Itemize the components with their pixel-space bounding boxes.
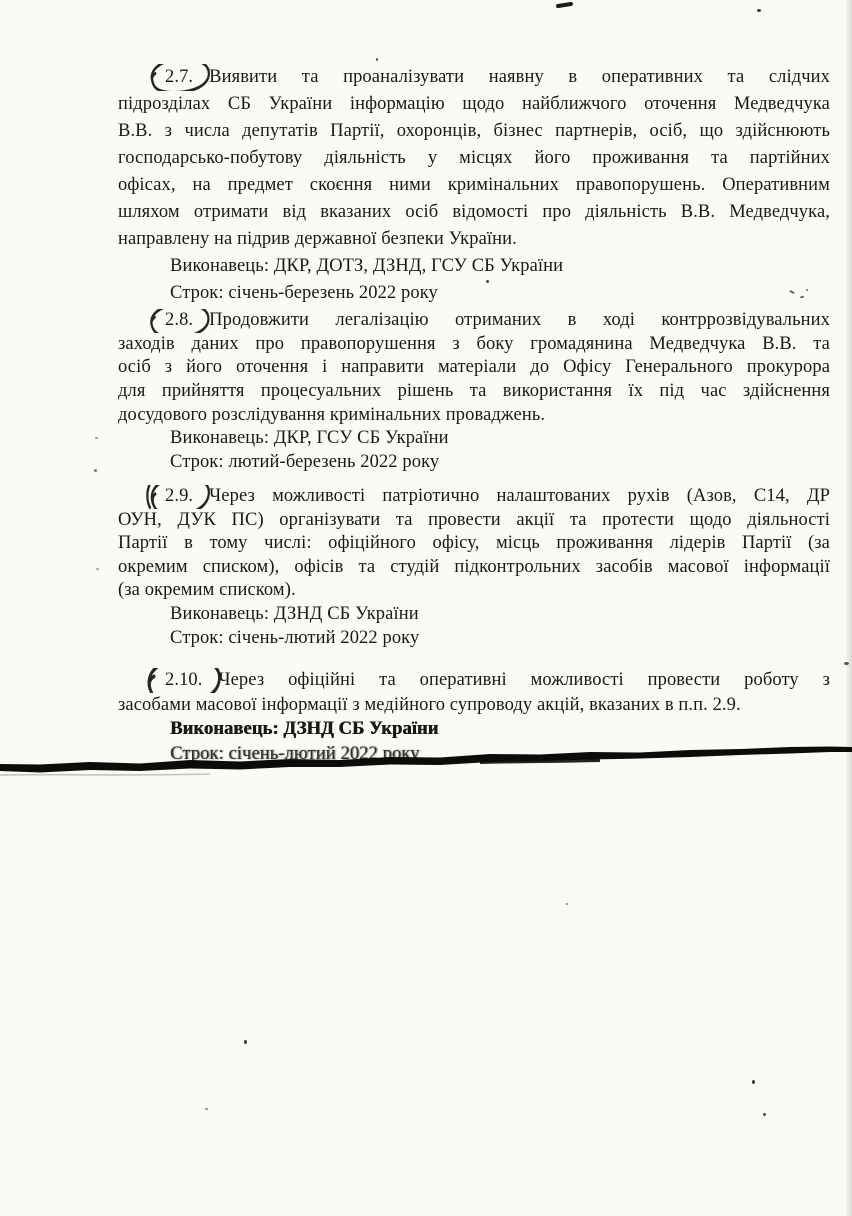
scan-speck xyxy=(556,2,573,9)
section-number: 2.8. xyxy=(165,310,193,330)
body-text: Через можливості патріотично налаштовани… xyxy=(209,486,830,506)
executor-line: Виконавець: ДКР, ДОТЗ, ДЗНД, ГСУ СБ Укра… xyxy=(118,253,830,280)
section-2-7: 2.7.Виявити та проаналізувати наявну в о… xyxy=(118,64,830,307)
paragraph-line: 2.10.Через офіційні та оперативні можлив… xyxy=(118,668,830,693)
paragraph-line: офісах, на предмет скоєння ними кримінал… xyxy=(118,172,830,199)
section-2-10: 2.10.Через офіційні та оперативні можлив… xyxy=(118,668,830,766)
scanned-document-page: 2.7.Виявити та проаналізувати наявну в о… xyxy=(0,0,852,1216)
term-line: Строк: січень-лютий 2022 року xyxy=(118,742,830,767)
executor-line: Виконавець: ДЗНД СБ України xyxy=(118,717,830,742)
body-text: Виявити та проаналізувати наявну в опера… xyxy=(209,67,830,87)
circled-section-number: 2.7. xyxy=(165,64,193,91)
paragraph-line: шляхом отримати від вказаних осіб відомо… xyxy=(118,199,830,226)
paragraph-line: В.В. з числа депутатів Партії, охоронців… xyxy=(118,118,830,145)
term-line: Строк: січень-березень 2022 року xyxy=(118,280,830,307)
scan-speck xyxy=(244,1040,247,1044)
circled-section-number: 2.8. xyxy=(165,309,193,333)
section-2-9: 2.9.Через можливості патріотично налашто… xyxy=(118,485,830,650)
scan-speck xyxy=(376,58,378,61)
scan-speck xyxy=(96,568,99,570)
paragraph-line: направлену на підрив державної безпеки У… xyxy=(118,226,830,253)
circled-section-number: 2.9. xyxy=(165,485,193,509)
paragraph-line: для прийняття процесуальних рішень та ви… xyxy=(118,380,830,404)
term-line: Строк: лютий-березень 2022 року xyxy=(118,451,830,475)
paragraph-line: заходів даних про правопорушення з боку … xyxy=(118,333,830,357)
paragraph-line: окремим списком), офісів та студій підко… xyxy=(118,556,830,580)
section-number: 2.7. xyxy=(165,67,193,87)
paragraph-line: 2.7.Виявити та проаналізувати наявну в о… xyxy=(118,64,830,91)
scan-speck xyxy=(752,1080,755,1084)
scan-speck xyxy=(94,469,97,472)
body-text: Через офіційні та оперативні можливості … xyxy=(219,670,831,690)
paragraph-line: досудового розслідування кримінальних пр… xyxy=(118,404,830,428)
section-number: 2.9. xyxy=(165,486,193,506)
paragraph-line: засобами масової інформації з медійного … xyxy=(118,693,830,718)
section-number: 2.10. xyxy=(165,670,203,690)
scan-speck xyxy=(757,9,761,12)
paragraph-line: Партії в тому числі: офіційного офісу, м… xyxy=(118,532,830,556)
scan-speck xyxy=(95,437,98,439)
scan-speck xyxy=(844,662,849,665)
section-2-8: 2.8.Продовжити легалізацію отриманих в х… xyxy=(118,309,830,475)
paragraph-line: осіб з його оточення і направити матеріа… xyxy=(118,356,830,380)
paragraph-line: підрозділах СБ України інформацію щодо н… xyxy=(118,91,830,118)
paragraph-line: (за окремим списком). xyxy=(118,579,830,603)
scan-speck xyxy=(566,903,568,905)
paragraph-line: 2.8.Продовжити легалізацію отриманих в х… xyxy=(118,309,830,333)
executor-line: Виконавець: ДКР, ГСУ СБ України xyxy=(118,427,830,451)
body-text: Продовжити легалізацію отриманих в ході … xyxy=(209,310,830,330)
paragraph-line: ОУН, ДУК ПС) організувати та провести ак… xyxy=(118,509,830,533)
paragraph-line: господарсько-побутову діяльність у місця… xyxy=(118,145,830,172)
scan-speck xyxy=(205,1108,208,1110)
circled-section-number: 2.10. xyxy=(165,668,203,693)
executor-line: Виконавець: ДЗНД СБ України xyxy=(118,603,830,627)
scan-edge-shading xyxy=(845,0,852,1216)
term-line: Строк: січень-лютий 2022 року xyxy=(118,627,830,651)
paragraph-line: 2.9.Через можливості патріотично налашто… xyxy=(118,485,830,509)
scan-speck xyxy=(763,1113,766,1116)
